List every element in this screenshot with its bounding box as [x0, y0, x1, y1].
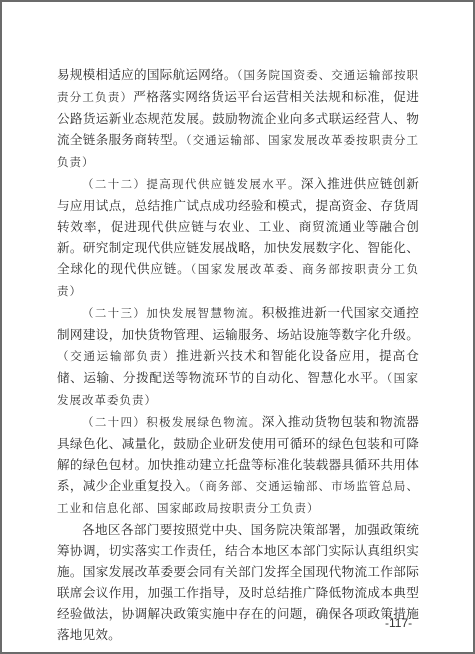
paragraph-23: （二十三）加快发展智慧物流。积极推进新一代国家交通控制网建设，加快货物管理、运输…	[57, 302, 419, 411]
paragraph-22: （二十二）提高现代供应链发展水平。深入推进供应链创新与应用试点，总结推广试点成功…	[57, 173, 419, 302]
section-heading-22: （二十二）提高现代供应链发展水平。	[82, 177, 301, 191]
responsibility-note: （交通运输部负责）	[57, 349, 176, 363]
document-page: 易规模相适应的国际航运网络。（国务院国资委、交通运输部按职责分工负责）严格落实网…	[0, 0, 475, 654]
section-heading-23: （二十三）加快发展智慧物流。	[82, 306, 262, 320]
paragraph-24: （二十四）积极发展绿色物流。深入推动货物包装和物流器具绿色化、减量化，鼓励企业研…	[57, 411, 419, 519]
document-body: 易规模相适应的国际航运网络。（国务院国资委、交通运输部按职责分工负责）严格落实网…	[57, 64, 419, 645]
paragraph-closing: 各地区各部门要按照党中央、国务院决策部署，加强政策统筹协调，切实落实工作责任，结…	[57, 519, 419, 645]
page-number: -117-	[385, 616, 412, 630]
body-text: 深入推进供应链创新与应用试点，总结推广试点成功经验和模式，提高资金、存货周转效率…	[57, 176, 419, 276]
section-heading-24: （二十四）积极发展绿色物流。	[82, 415, 262, 429]
paragraph-1: 易规模相适应的国际航运网络。（国务院国资委、交通运输部按职责分工负责）严格落实网…	[57, 64, 419, 173]
body-text: 各地区各部门要按照党中央、国务院决策部署，加强政策统筹协调，切实落实工作责任，结…	[57, 522, 419, 642]
body-text: 易规模相适应的国际航运网络。	[57, 67, 237, 82]
